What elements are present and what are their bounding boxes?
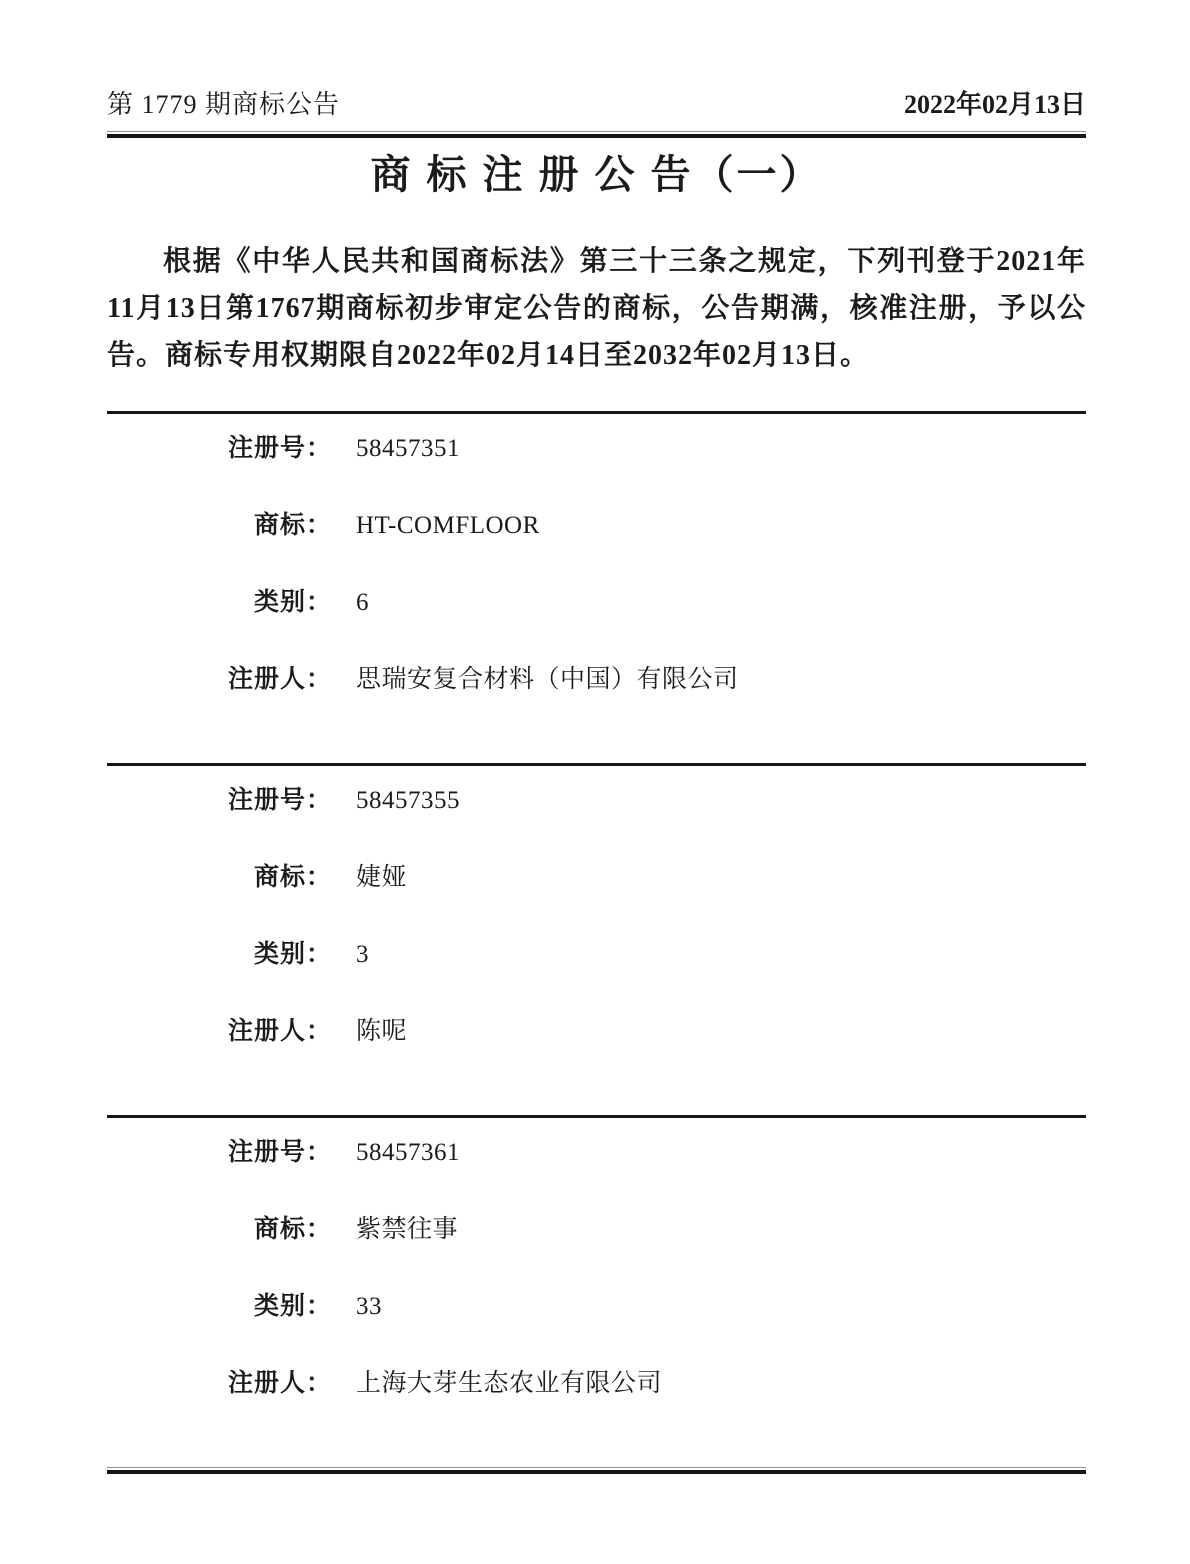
field-row-class: 类别： 3 xyxy=(107,942,1086,968)
registrant-value: 思瑞安复合材料（中国）有限公司 xyxy=(356,667,739,693)
trademark-value: 婕娅 xyxy=(356,865,407,891)
field-row-trademark: 商标： HT-COMFLOOR xyxy=(107,513,1086,539)
records-list: 注册号： 58457351 商标： HT-COMFLOOR 类别： 6 注册人：… xyxy=(107,411,1086,1467)
registrant-label: 注册人： xyxy=(107,1371,332,1397)
reg-no-label: 注册号： xyxy=(107,788,332,814)
trademark-value: 紫禁往事 xyxy=(356,1217,458,1243)
registrant-value: 上海大芽生态农业有限公司 xyxy=(356,1371,662,1397)
registrant-value: 陈呢 xyxy=(356,1019,407,1045)
field-row-reg-no: 注册号： 58457361 xyxy=(107,1140,1086,1166)
registrant-label: 注册人： xyxy=(107,667,332,693)
bottom-rule xyxy=(107,1467,1086,1474)
field-row-registrant: 注册人： 思瑞安复合材料（中国）有限公司 xyxy=(107,667,1086,693)
class-value: 33 xyxy=(356,1294,382,1320)
header-rule-thick-line xyxy=(107,134,1086,138)
class-value: 6 xyxy=(356,590,369,616)
header-rule xyxy=(107,131,1086,138)
trademark-label: 商标： xyxy=(107,1217,332,1243)
trademark-record: 注册号： 58457351 商标： HT-COMFLOOR 类别： 6 注册人：… xyxy=(107,411,1086,763)
reg-no-value: 58457361 xyxy=(356,1140,460,1166)
field-row-registrant: 注册人： 上海大芽生态农业有限公司 xyxy=(107,1371,1086,1397)
field-row-reg-no: 注册号： 58457351 xyxy=(107,436,1086,462)
page-title: 商 标 注 册 公 告（一） xyxy=(107,152,1086,198)
trademark-record: 注册号： 58457355 商标： 婕娅 类别： 3 注册人： 陈呢 xyxy=(107,763,1086,1115)
gazette-page: 第 1779 期商标公告 2022年02月13日 商 标 注 册 公 告（一） … xyxy=(0,0,1190,1564)
header-rule-thin-line xyxy=(107,131,1086,132)
reg-no-value: 58457351 xyxy=(356,436,460,462)
trademark-value: HT-COMFLOOR xyxy=(356,513,540,539)
header-issue-number: 第 1779 期商标公告 xyxy=(107,90,340,120)
trademark-record: 注册号： 58457361 商标： 紫禁往事 类别： 33 注册人： 上海大芽生… xyxy=(107,1115,1086,1467)
header-date: 2022年02月13日 xyxy=(904,90,1086,120)
class-label: 类别： xyxy=(107,590,332,616)
intro-paragraph: 根据《中华人民共和国商标法》第三十三条之规定，下列刊登于2021年11月13日第… xyxy=(107,238,1086,379)
field-row-registrant: 注册人： 陈呢 xyxy=(107,1019,1086,1045)
class-label: 类别： xyxy=(107,1294,332,1320)
registrant-label: 注册人： xyxy=(107,1019,332,1045)
running-header: 第 1779 期商标公告 2022年02月13日 xyxy=(107,90,1086,120)
field-row-reg-no: 注册号： 58457355 xyxy=(107,788,1086,814)
reg-no-value: 58457355 xyxy=(356,788,460,814)
field-row-trademark: 商标： 紫禁往事 xyxy=(107,1217,1086,1243)
class-value: 3 xyxy=(356,942,369,968)
reg-no-label: 注册号： xyxy=(107,436,332,462)
reg-no-label: 注册号： xyxy=(107,1140,332,1166)
trademark-label: 商标： xyxy=(107,513,332,539)
field-row-class: 类别： 33 xyxy=(107,1294,1086,1320)
field-row-trademark: 商标： 婕娅 xyxy=(107,865,1086,891)
class-label: 类别： xyxy=(107,942,332,968)
bottom-rule-thin-line xyxy=(107,1467,1086,1468)
bottom-rule-thick-line xyxy=(107,1470,1086,1474)
trademark-label: 商标： xyxy=(107,865,332,891)
field-row-class: 类别： 6 xyxy=(107,590,1086,616)
